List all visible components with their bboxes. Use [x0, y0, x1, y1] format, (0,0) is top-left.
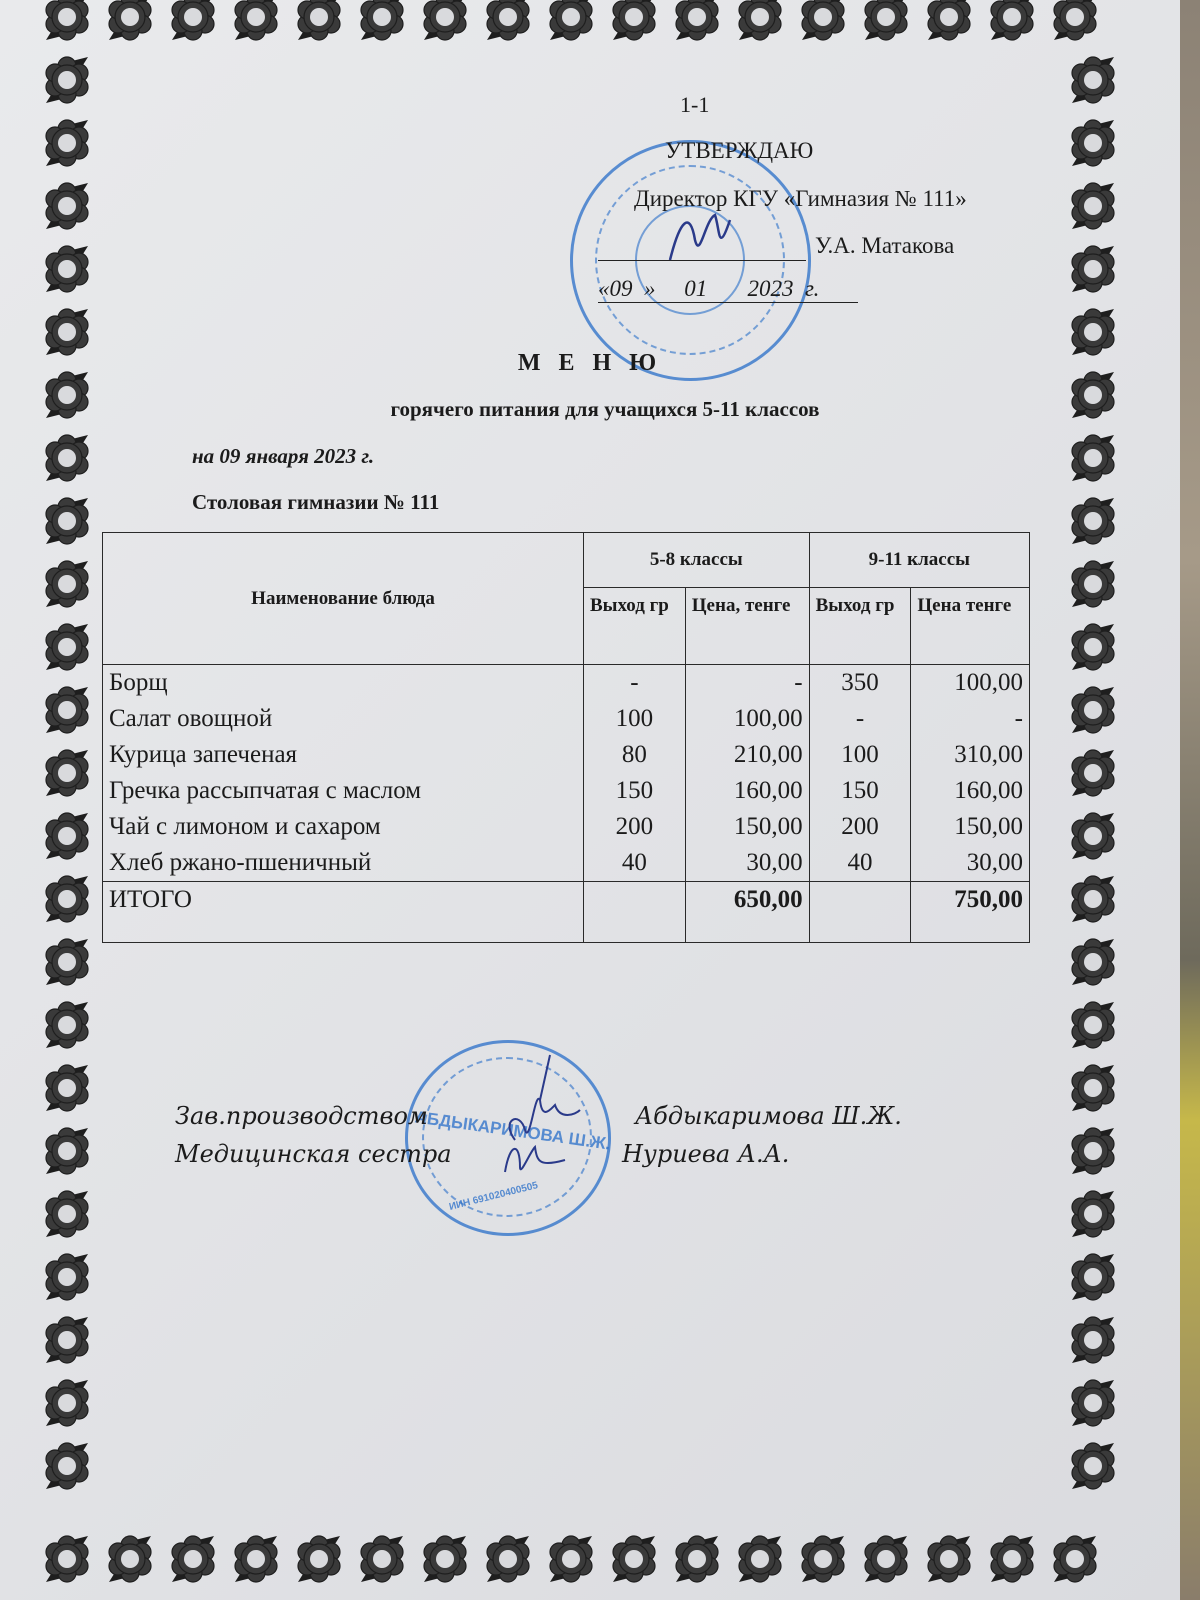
cell-g58-weight: 40: [584, 845, 686, 882]
ornament-icon: [796, 0, 850, 44]
ornament-icon: [40, 746, 94, 800]
cell-g911-weight: -: [809, 701, 911, 737]
total-price-5-8: 650,00: [685, 882, 809, 943]
cell-g58-price: 100,00: [685, 701, 809, 737]
cell-g911-weight: 150: [809, 773, 911, 809]
ornament-icon: [40, 179, 94, 233]
cell-g911-weight: 350: [809, 665, 911, 702]
ornament-icon: [1066, 683, 1120, 737]
header-weight-9-11: Выход гр: [809, 588, 911, 665]
cell-g911-price: 30,00: [911, 845, 1030, 882]
ornament-icon: [40, 1250, 94, 1304]
cell-g58-price: 210,00: [685, 737, 809, 773]
ornament-icon: [922, 1532, 976, 1586]
cell-name: Хлеб ржано-пшеничный: [103, 845, 584, 882]
ornament-icon: [40, 1061, 94, 1115]
page-title: М Е Н Ю: [0, 350, 1180, 377]
ornament-icon: [922, 0, 976, 44]
ornament-icon: [1066, 872, 1120, 926]
cell-name: Салат овощной: [103, 701, 584, 737]
total-row: ИТОГО 650,00 750,00: [103, 882, 1030, 943]
ornament-icon: [544, 1532, 598, 1586]
ornament-icon: [607, 0, 661, 44]
ornament-icon: [1066, 557, 1120, 611]
ornament-icon: [1066, 620, 1120, 674]
ornament-icon: [607, 1532, 661, 1586]
ornament-icon: [1066, 809, 1120, 863]
signature-name-production: Абдыкаримова Ш.Ж.: [635, 1102, 902, 1130]
ornament-icon: [229, 1532, 283, 1586]
header-group-5-8: 5-8 классы: [584, 533, 810, 588]
menu-date: на 09 января 2023 г.: [192, 444, 374, 469]
ornament-icon: [1048, 0, 1102, 44]
ornament-icon: [859, 0, 913, 44]
total-price-9-11: 750,00: [911, 882, 1030, 943]
ornament-icon: [1066, 242, 1120, 296]
total-label: ИТОГО: [103, 882, 584, 943]
total-weight-5-8: [584, 882, 686, 943]
ornament-icon: [40, 1376, 94, 1430]
ornament-icon: [40, 1313, 94, 1367]
cell-name: Борщ: [103, 665, 584, 702]
ornament-icon: [1066, 998, 1120, 1052]
cell-g911-price: 150,00: [911, 809, 1030, 845]
ornament-icon: [166, 0, 220, 44]
ornament-icon: [40, 53, 94, 107]
table-row: Хлеб ржано-пшеничный4030,004030,00: [103, 845, 1030, 882]
ornament-icon: [1066, 1439, 1120, 1493]
ornament-icon: [229, 0, 283, 44]
cell-g911-price: 160,00: [911, 773, 1030, 809]
ornament-icon: [40, 1124, 94, 1178]
cell-g58-price: 150,00: [685, 809, 809, 845]
ornament-icon: [1066, 179, 1120, 233]
ornament-icon: [418, 1532, 472, 1586]
menu-table: Наименование блюда 5-8 классы 9-11 класс…: [102, 532, 1030, 943]
ornament-icon: [1066, 1313, 1120, 1367]
cell-g58-weight: -: [584, 665, 686, 702]
ornament-icon: [1048, 1532, 1102, 1586]
signature-role-production: Зав.производством: [175, 1102, 428, 1130]
ornament-icon: [1066, 1061, 1120, 1115]
approval-name: У.А. Матакова: [815, 233, 954, 259]
ornament-icon: [670, 1532, 724, 1586]
nurse-signature: [495, 1132, 575, 1182]
ornament-icon: [40, 872, 94, 926]
cell-g911-price: 100,00: [911, 665, 1030, 702]
ornament-icon: [481, 0, 535, 44]
ornament-icon: [1066, 1376, 1120, 1430]
table-row: Борщ--350100,00: [103, 665, 1030, 702]
signature-name-nurse: Нуриева А.А.: [622, 1140, 789, 1168]
cell-name: Гречка рассыпчатая с маслом: [103, 773, 584, 809]
ornament-icon: [40, 935, 94, 989]
ornament-icon: [40, 620, 94, 674]
ornament-icon: [355, 0, 409, 44]
header-dish-name: Наименование блюда: [103, 533, 584, 665]
cell-g58-price: 30,00: [685, 845, 809, 882]
ornament-icon: [481, 1532, 535, 1586]
ornament-icon: [40, 809, 94, 863]
cell-g911-weight: 100: [809, 737, 911, 773]
table-row: Курица запеченая80210,00100310,00: [103, 737, 1030, 773]
ornament-icon: [40, 242, 94, 296]
ornament-icon: [40, 0, 94, 44]
header-group-9-11: 9-11 классы: [809, 533, 1029, 588]
signature-role-nurse: Медицинская сестра: [175, 1140, 452, 1168]
ornament-icon: [796, 1532, 850, 1586]
ornament-icon: [1066, 53, 1120, 107]
page-subtitle: горячего питания для учащихся 5-11 класс…: [0, 397, 1180, 422]
table-row: Гречка рассыпчатая с маслом150160,001501…: [103, 773, 1030, 809]
ornament-icon: [40, 683, 94, 737]
ornament-icon: [40, 116, 94, 170]
header-price-5-8: Цена, тенге: [685, 588, 809, 665]
cell-g58-weight: 100: [584, 701, 686, 737]
cell-g911-price: 310,00: [911, 737, 1030, 773]
cell-g911-weight: 200: [809, 809, 911, 845]
ornament-icon: [859, 1532, 913, 1586]
ornament-icon: [1066, 1187, 1120, 1241]
ornament-icon: [670, 0, 724, 44]
ornament-icon: [40, 431, 94, 485]
ornament-icon: [40, 557, 94, 611]
ornament-icon: [1066, 1124, 1120, 1178]
cell-g58-price: -: [685, 665, 809, 702]
page-number: 1-1: [680, 92, 709, 118]
ornament-icon: [733, 0, 787, 44]
ornament-icon: [103, 0, 157, 44]
cell-g911-price: -: [911, 701, 1030, 737]
cell-g58-weight: 200: [584, 809, 686, 845]
cell-name: Курица запеченая: [103, 737, 584, 773]
ornament-icon: [166, 1532, 220, 1586]
table-row: Чай с лимоном и сахаром200150,00200150,0…: [103, 809, 1030, 845]
ornament-icon: [544, 0, 598, 44]
total-weight-9-11: [809, 882, 911, 943]
cell-g58-weight: 150: [584, 773, 686, 809]
ornament-icon: [40, 998, 94, 1052]
ornament-icon: [292, 1532, 346, 1586]
ornament-icon: [292, 0, 346, 44]
ornament-icon: [985, 1532, 1039, 1586]
cell-g58-weight: 80: [584, 737, 686, 773]
header-weight-5-8: Выход гр: [584, 588, 686, 665]
table-row: Салат овощной100100,00--: [103, 701, 1030, 737]
ornament-icon: [40, 1439, 94, 1493]
ornament-icon: [40, 494, 94, 548]
ornament-icon: [1066, 935, 1120, 989]
ornament-icon: [40, 1187, 94, 1241]
ornament-icon: [40, 1532, 94, 1586]
ornament-icon: [1066, 431, 1120, 485]
ornament-icon: [1066, 1250, 1120, 1304]
approval-date: «09 » 01 2023 г.: [598, 276, 858, 303]
cell-g911-weight: 40: [809, 845, 911, 882]
ornament-icon: [1066, 494, 1120, 548]
header-price-9-11: Цена тенге: [911, 588, 1030, 665]
ornament-icon: [733, 1532, 787, 1586]
background-surface: [1178, 0, 1200, 1600]
approval-heading: УТВЕРЖДАЮ: [665, 138, 813, 164]
document-page: 1-1 УТВЕРЖДАЮ Директор КГУ «Гимназия № 1…: [0, 0, 1180, 1600]
ornament-icon: [418, 0, 472, 44]
ornament-icon: [103, 1532, 157, 1586]
canteen-name: Столовая гимназии № 111: [192, 490, 439, 515]
cell-name: Чай с лимоном и сахаром: [103, 809, 584, 845]
ornament-icon: [1066, 746, 1120, 800]
ornament-icon: [985, 0, 1039, 44]
ornament-icon: [355, 1532, 409, 1586]
ornament-icon: [1066, 116, 1120, 170]
director-signature: [660, 200, 740, 270]
cell-g58-price: 160,00: [685, 773, 809, 809]
